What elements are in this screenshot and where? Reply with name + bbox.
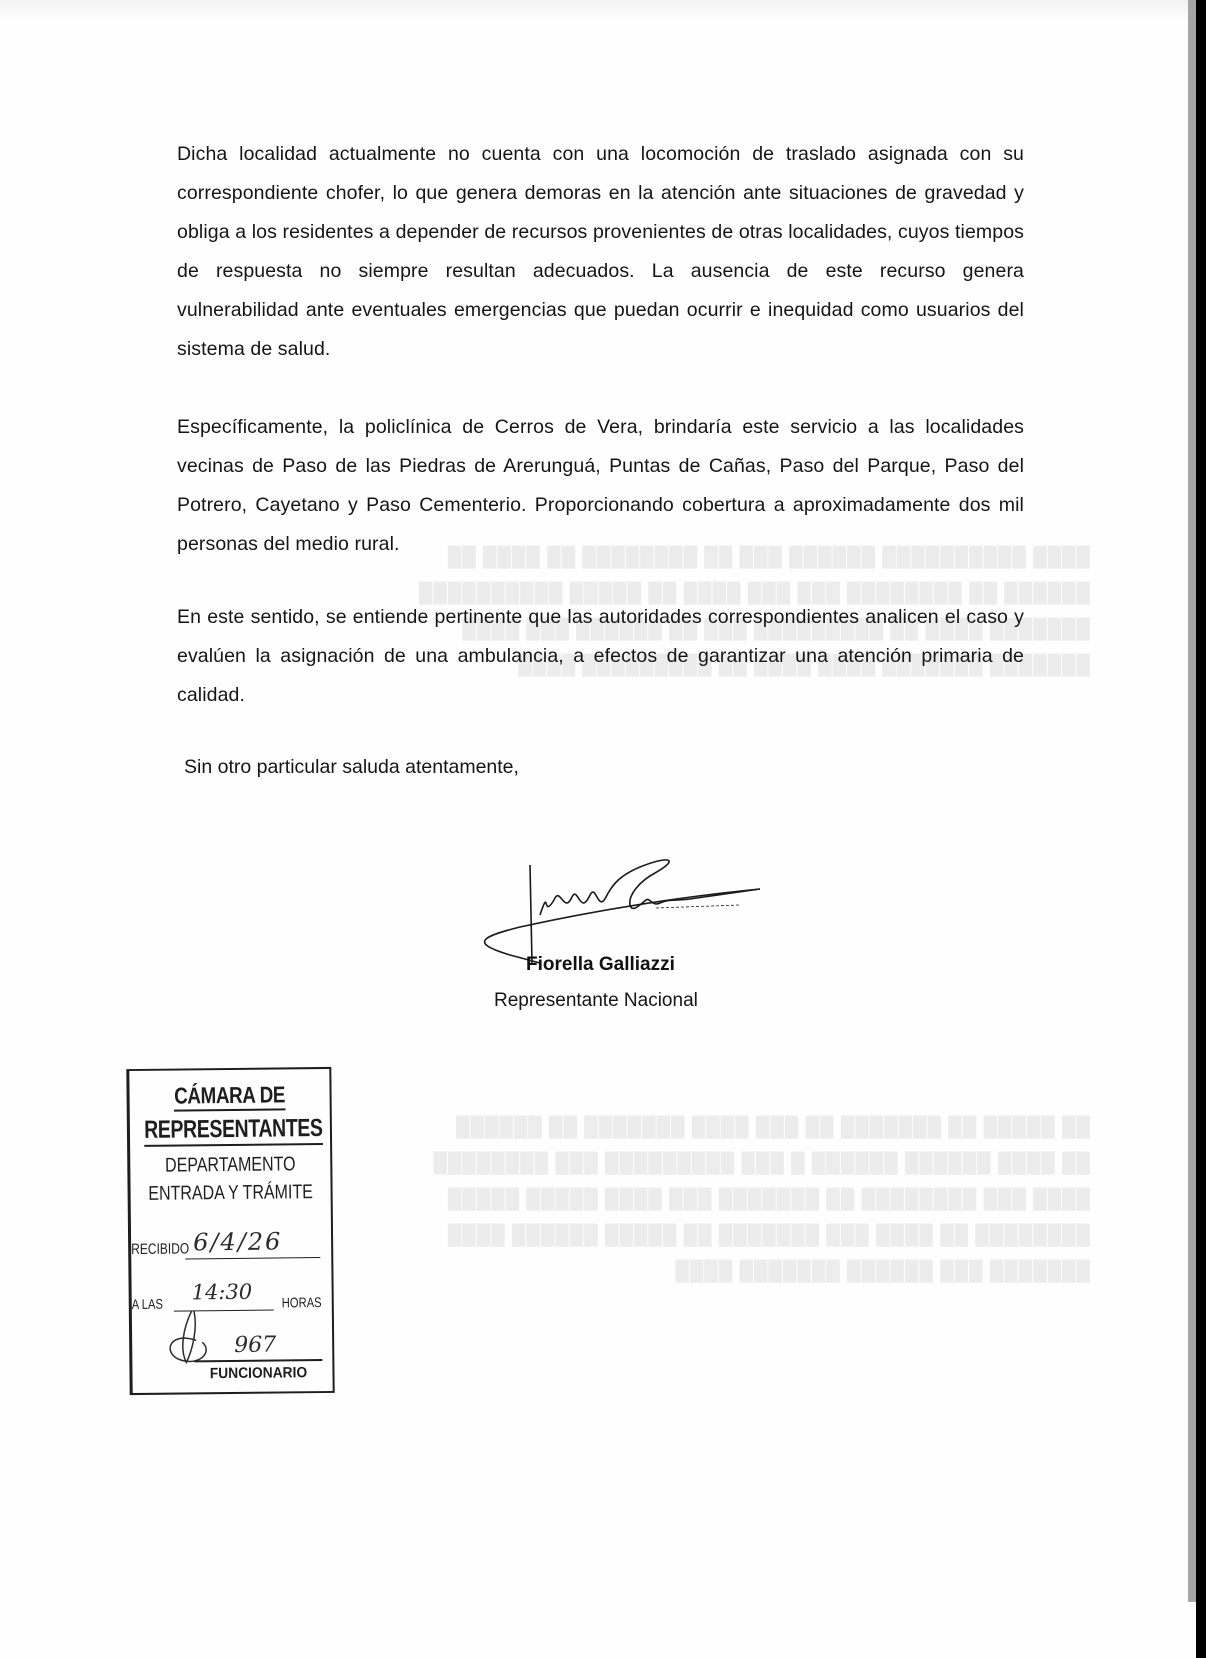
svg-text:967: 967 [234, 1333, 276, 1358]
signatory-name: Fiorella Galliazzi [526, 954, 675, 976]
body-paragraph-3: En este sentido, se entiende pertinente … [177, 598, 1024, 715]
stamp-department-line: DEPARTAMENTO [150, 1153, 310, 1178]
stamp-time-label: A LAS [132, 1296, 163, 1312]
closing-salutation: Sin otro particular saluda atentamente, [184, 756, 519, 779]
stamp-representatives-line: REPRESENTANTES [144, 1114, 316, 1145]
stamp-official-initials: 967 [162, 1309, 323, 1366]
stamp-received-date: 6/4/26 [193, 1227, 283, 1256]
stamp-official-label: FUNCIONARIO [200, 1364, 318, 1382]
handwritten-signature [480, 845, 760, 965]
scanned-page: ████ ██████████ ██████ ███ ██ ████████ █… [0, 0, 1188, 1658]
body-paragraph-1: Dicha localidad actualmente no cuenta co… [177, 135, 1024, 369]
reception-stamp: CÁMARA DE REPRESENTANTES DEPARTAMENTO EN… [126, 1067, 334, 1395]
stamp-received-label: RECIBIDO [131, 1240, 189, 1258]
stamp-hours-label: HORAS [282, 1294, 322, 1310]
scan-edge-shadow [1188, 0, 1196, 1602]
body-paragraph-2: Específicamente, la policlínica de Cerro… [177, 408, 1024, 564]
stamp-time-value: 14:30 [192, 1280, 253, 1305]
stamp-chamber-line: CÁMARA DE [147, 1081, 311, 1110]
scan-shadow [0, 0, 1188, 22]
stamp-received-underline [185, 1257, 320, 1259]
stamp-entry-line: ENTRADA Y TRÁMITE [142, 1181, 318, 1206]
scan-edge-border [1196, 0, 1206, 1658]
signatory-title: Representante Nacional [494, 990, 698, 1012]
